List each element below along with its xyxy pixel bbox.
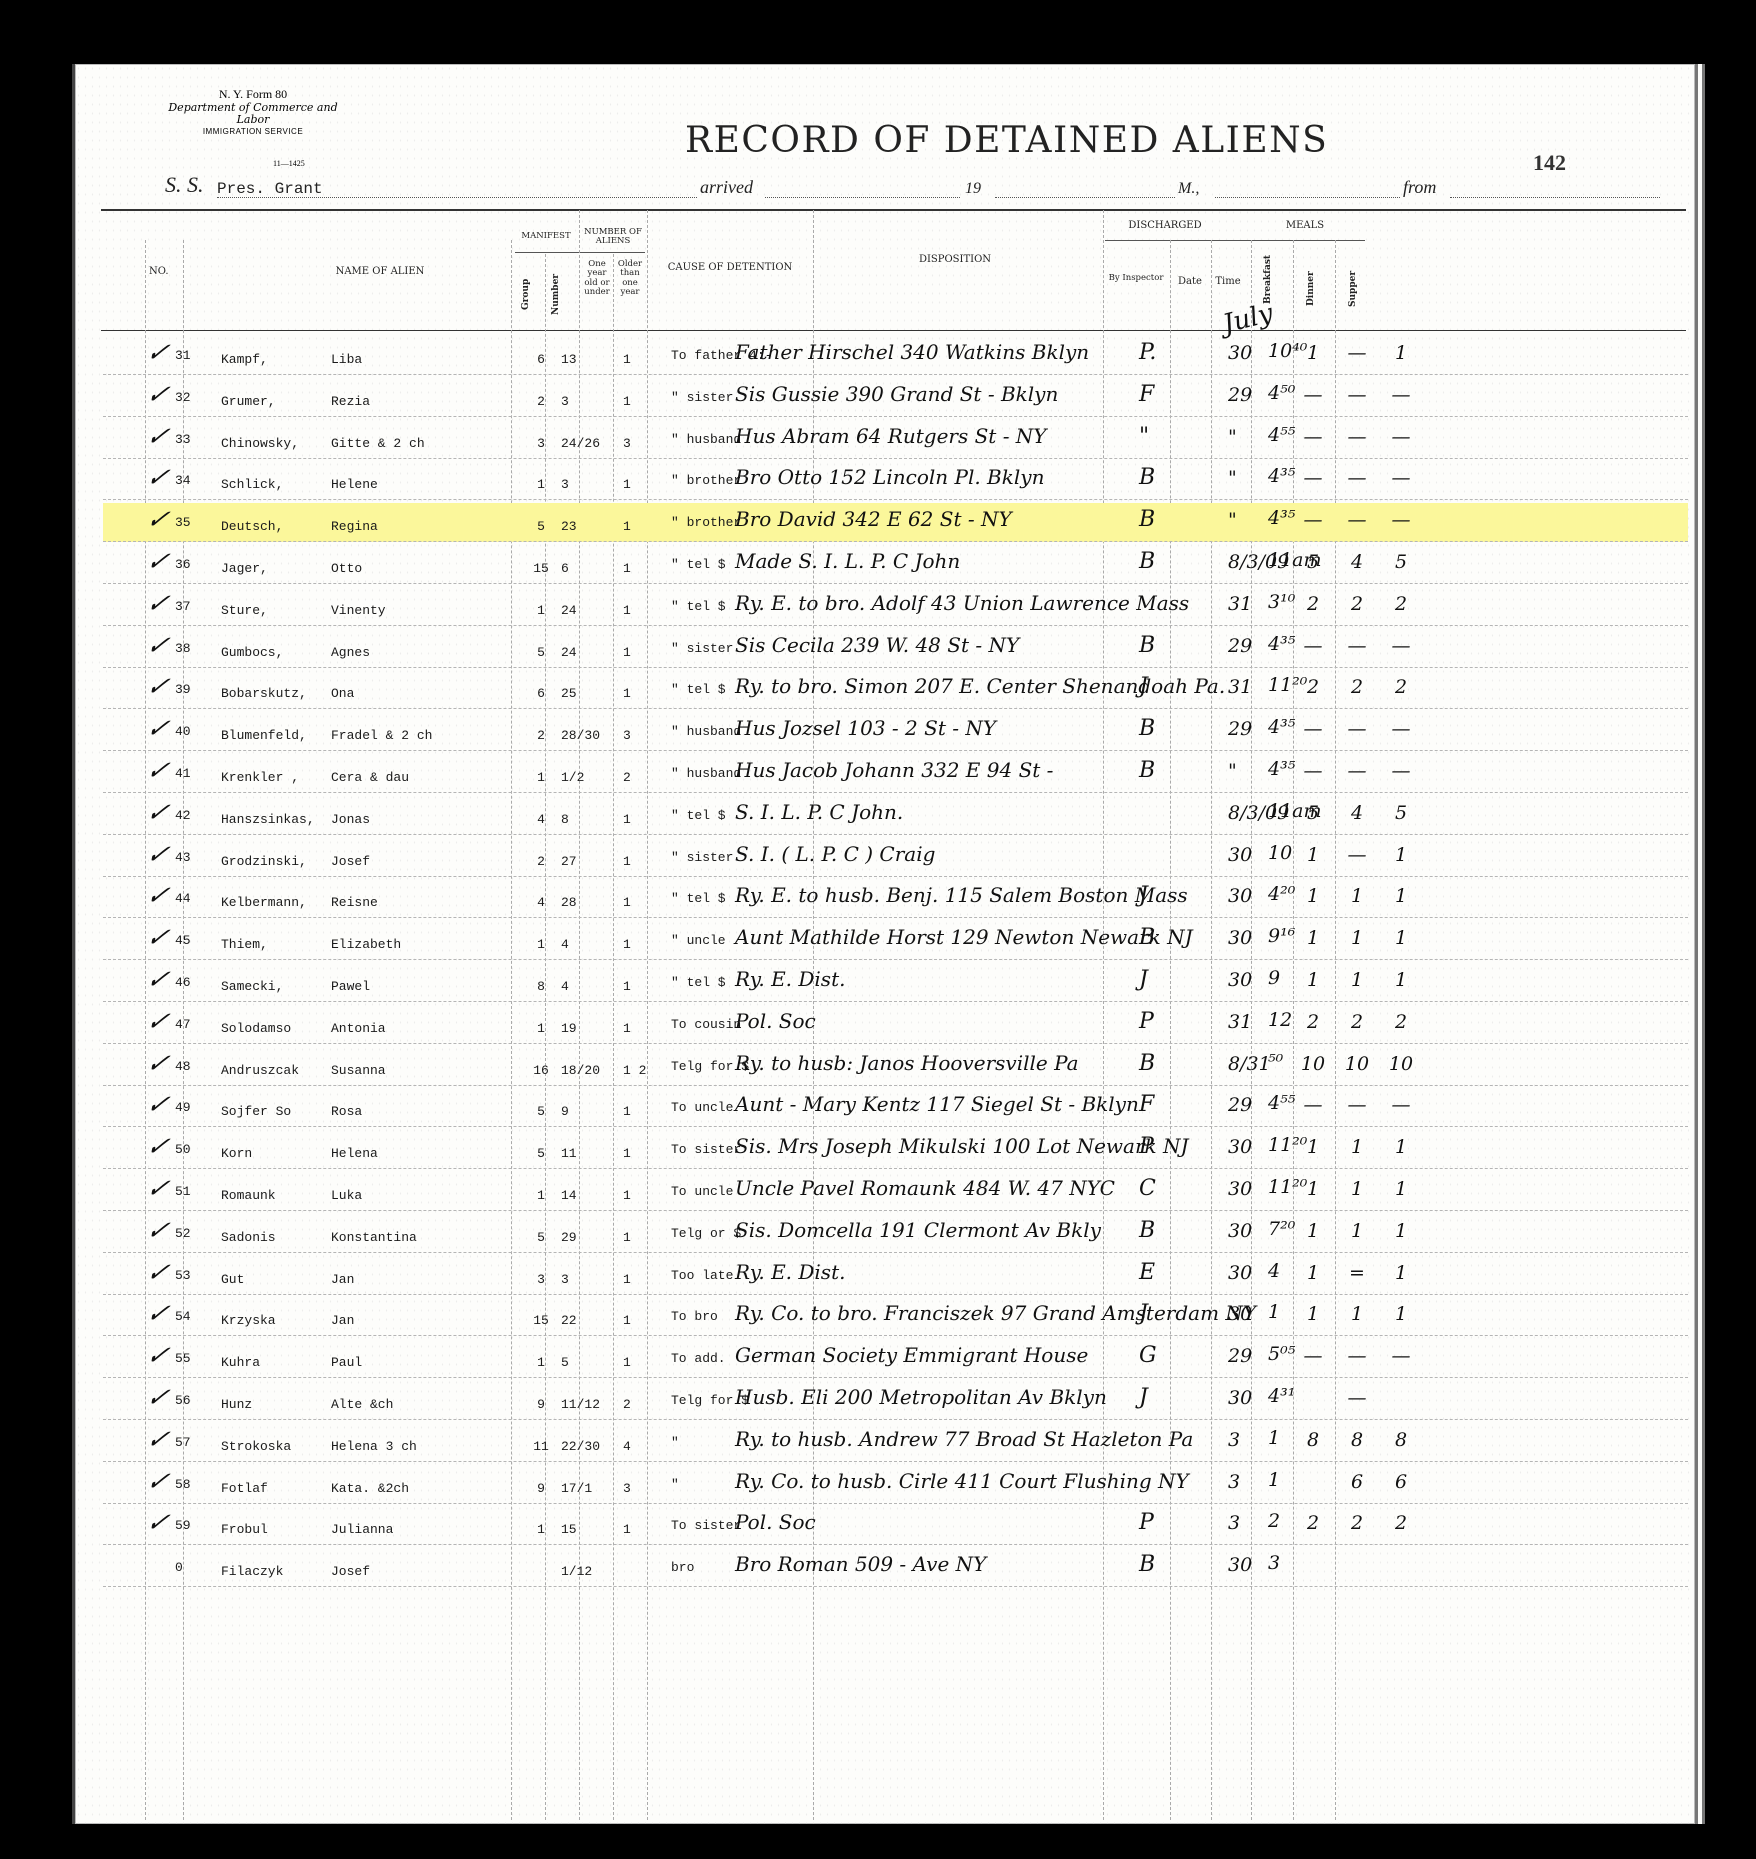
check-mark: ✓ [143, 1508, 173, 1538]
meal-supper: 1 [1381, 927, 1421, 949]
alien-surname: Bobarskutz, [221, 686, 307, 701]
col-header-name: NAME OF ALIEN [265, 266, 495, 277]
meal-breakfast: 5 [1293, 551, 1333, 573]
meal-breakfast: — [1293, 1094, 1333, 1116]
disposition: Sis. Domcella 191 Clermont Av Bkly [735, 1218, 1101, 1242]
disposition: S. I. L. P. C John. [735, 800, 903, 824]
manifest-group: 3 [529, 436, 553, 451]
discharged-time: 4³⁵ [1268, 716, 1295, 738]
manifest-group: 1 [529, 770, 553, 785]
discharged-by-inspector: B [1139, 507, 1155, 532]
check-mark: ✓ [143, 1090, 173, 1120]
check-mark: ✓ [143, 1132, 173, 1162]
form-info-block: N. Y. Form 80 Department of Commerce and… [163, 88, 343, 136]
row-number: 51 [175, 1184, 191, 1199]
meal-breakfast: 2 [1293, 593, 1333, 615]
cause-of-detention: To bro [671, 1309, 718, 1324]
discharged-time: ⁵⁰ [1268, 1051, 1283, 1073]
meal-dinner: 2 [1337, 676, 1377, 698]
row-number: 48 [175, 1059, 191, 1074]
alien-given-name: Helena 3 ch [331, 1439, 417, 1454]
alien-given-name: Rezia [331, 394, 370, 409]
manifest-group: 5 [529, 645, 553, 660]
manifest-group: 5 [529, 519, 553, 534]
row-number: 44 [175, 891, 191, 906]
row-number: 46 [175, 975, 191, 990]
number-of-aliens: 3 [623, 436, 631, 451]
alien-given-name: Konstantina [331, 1230, 417, 1245]
manifest-number: 24 [561, 603, 577, 618]
table-row: ✓ 41 Krenkler , Cera & dau 1 1/2 2 " hus… [103, 754, 1688, 793]
discharged-date: 30 [1228, 1262, 1252, 1284]
check-mark: ✓ [143, 1049, 173, 1079]
manifest-group: 1 [529, 937, 553, 952]
discharged-by-inspector: E [1139, 1260, 1155, 1285]
year-label: 19 [965, 180, 981, 198]
header-top-rule [101, 209, 1686, 211]
discharged-time: 4³⁵ [1268, 633, 1295, 655]
manifest-number: 22/30 [561, 1439, 600, 1454]
disposition: Bro Roman 509 - Ave NY [735, 1552, 986, 1576]
number-of-aliens: 1 [623, 645, 631, 660]
col-header-time: Time [1213, 276, 1243, 287]
row-number: 35 [175, 515, 191, 530]
number-of-aliens: 1 [623, 979, 631, 994]
alien-surname: Hunz [221, 1397, 252, 1412]
manifest-number: 8 [561, 812, 569, 827]
row-number: 31 [175, 348, 191, 363]
table-row: 0 Filaczyk Josef 1/12 bro Bro Roman 509 … [103, 1548, 1688, 1587]
manifest-group: 2 [529, 394, 553, 409]
disposition: Ry. Co. to husb. Cirle 411 Court Flushin… [735, 1469, 1189, 1493]
check-mark: ✓ [143, 505, 173, 535]
alien-given-name: Antonia [331, 1021, 386, 1036]
number-of-aliens: 3 [623, 728, 631, 743]
row-number: 34 [175, 473, 191, 488]
discharged-date: 3 [1228, 1471, 1240, 1493]
disposition: Father Hirschel 340 Watkins Bklyn [735, 340, 1089, 364]
discharged-time: 4⁵⁰ [1268, 382, 1295, 404]
cause-of-detention: To uncle [671, 1100, 733, 1115]
meal-dinner: 1 [1337, 1136, 1377, 1158]
discharged-date: " [1228, 467, 1237, 489]
alien-surname: Korn [221, 1146, 252, 1161]
row-number: 50 [175, 1142, 191, 1157]
arrived-label: arrived [700, 177, 753, 198]
discharged-date: 31 [1228, 676, 1252, 698]
number-of-aliens: 1 2 [623, 1063, 646, 1078]
alien-surname: Deutsch, [221, 519, 283, 534]
manifest-number: 13 [561, 352, 577, 367]
discharged-by-inspector: G [1139, 1343, 1157, 1368]
manifest-number: 6 [561, 561, 569, 576]
alien-surname: Filaczyk [221, 1564, 283, 1579]
disposition: Ry. to bro. Simon 207 E. Center Shenando… [735, 674, 1225, 698]
discharged-date: " [1228, 509, 1237, 531]
manifest-group: 9 [529, 1397, 553, 1412]
number-of-aliens: 1 [623, 1104, 631, 1119]
discharged-by-inspector: J [1139, 883, 1148, 908]
row-number: 58 [175, 1477, 191, 1492]
meal-supper: 1 [1381, 1178, 1421, 1200]
number-of-aliens: 1 [623, 1146, 631, 1161]
meal-breakfast: 2 [1293, 1512, 1333, 1534]
row-number: 40 [175, 724, 191, 739]
alien-given-name: Jan [331, 1272, 354, 1287]
discharged-date: 30 [1228, 885, 1252, 907]
arrived-underline [765, 197, 960, 198]
row-number: 0 [175, 1560, 183, 1575]
discharged-date: 30 [1228, 1554, 1252, 1576]
alien-given-name: Luka [331, 1188, 362, 1203]
row-number: 33 [175, 432, 191, 447]
discharged-time: 4³⁵ [1268, 507, 1295, 529]
discharged-time: 4⁵⁵ [1268, 424, 1295, 446]
meal-supper: 2 [1381, 676, 1421, 698]
table-row: ✓ 36 Jager, Otto 15 6 1 " tel $ Made S. … [103, 545, 1688, 584]
manifest-number: 19 [561, 1021, 577, 1036]
manifest-number: 24/26 [561, 436, 600, 451]
manifest-group: 1 [529, 1355, 553, 1370]
alien-surname: Kuhra [221, 1355, 260, 1370]
discharged-time: 9 [1268, 967, 1280, 989]
cause-of-detention: " uncle [671, 933, 726, 948]
meal-breakfast: — [1293, 467, 1333, 489]
check-mark: ✓ [143, 1174, 173, 1204]
manifest-group: 5 [529, 1230, 553, 1245]
number-of-aliens: 1 [623, 561, 631, 576]
alien-surname: Sojfer So [221, 1104, 291, 1119]
number-of-aliens: 1 [623, 477, 631, 492]
cause-of-detention: " tel $ [671, 808, 726, 823]
disposition: Ry. to husb: Janos Hooversville Pa [735, 1051, 1079, 1075]
table-row: ✓ 35 Deutsch, Regina 5 23 1 " brother Br… [103, 503, 1688, 542]
discharged-by-inspector: B [1139, 549, 1155, 574]
table-row: ✓ 57 Strokoska Helena 3 ch 11 22/30 4 " … [103, 1423, 1688, 1462]
from-underline [1450, 197, 1660, 198]
check-mark: ✓ [143, 798, 173, 828]
check-mark: ✓ [143, 1425, 173, 1455]
meal-supper: 2 [1381, 593, 1421, 615]
alien-surname: Jager, [221, 561, 268, 576]
meal-supper: 1 [1381, 969, 1421, 991]
check-mark: ✓ [143, 1299, 173, 1329]
check-mark: ✓ [143, 1383, 173, 1413]
cause-of-detention: " sister [671, 641, 733, 656]
discharged-by-inspector: F [1139, 1092, 1154, 1117]
table-row: ✓ 56 Hunz Alte &ch 9 11/12 2 Telg for $ … [103, 1381, 1688, 1420]
col-header-older-than-one-year: Older than one year [615, 260, 645, 297]
cause-of-detention: " brother [671, 473, 741, 488]
manifest-group: 1 [529, 603, 553, 618]
row-number: 45 [175, 933, 191, 948]
manifest-group: 5 [529, 1146, 553, 1161]
meal-breakfast: 1 [1293, 1303, 1333, 1325]
discharged-by-inspector: B [1139, 1552, 1155, 1577]
table-row: ✓ 37 Sture, Vinenty 1 24 1 " tel $ Ry. E… [103, 587, 1688, 626]
manifest-group: 9 [529, 1481, 553, 1496]
manifest-number: 29 [561, 1230, 577, 1245]
meal-dinner: — [1337, 342, 1377, 364]
ss-label: S. S. [165, 172, 204, 198]
disposition: Ry. E. Dist. [735, 967, 845, 991]
discharged-by-inspector: C [1139, 1176, 1156, 1201]
meal-breakfast: 10 [1293, 1053, 1333, 1075]
row-number: 42 [175, 808, 191, 823]
alien-given-name: Otto [331, 561, 362, 576]
meal-dinner: — [1337, 1094, 1377, 1116]
check-mark: ✓ [143, 631, 173, 661]
disposition: Ry. E. to bro. Adolf 43 Union Lawrence M… [735, 591, 1189, 615]
cause-of-detention: " [671, 1477, 679, 1492]
month-note: July [1220, 298, 1276, 339]
discharged-date: 30 [1228, 342, 1252, 364]
alien-given-name: Kata. &2ch [331, 1481, 409, 1496]
alien-given-name: Susanna [331, 1063, 386, 1078]
discharged-date: 30 [1228, 1303, 1252, 1325]
page-title: RECORD OF DETAINED ALIENS [685, 120, 1328, 161]
discharged-date: 29 [1228, 635, 1252, 657]
disposition: Made S. I. L. P. C John [735, 549, 960, 573]
meal-supper: — [1381, 509, 1421, 531]
manifest-number: 4 [561, 937, 569, 952]
discharged-by-inspector: F [1139, 382, 1154, 407]
manifest-group: 15 [529, 561, 553, 576]
meal-supper: 10 [1381, 1053, 1421, 1075]
discharged-time: 4²⁰ [1268, 883, 1295, 905]
alien-surname: Frobul [221, 1522, 268, 1537]
meal-dinner: 1 [1337, 927, 1377, 949]
discharged-time: 7²⁰ [1268, 1218, 1295, 1240]
service-name: IMMIGRATION SERVICE [163, 127, 343, 136]
discharged-by-inspector: B [1139, 465, 1155, 490]
meal-supper: — [1381, 635, 1421, 657]
alien-surname: Chinowsky, [221, 436, 299, 451]
table-row: ✓ 48 Andruszcak Susanna 16 18/20 1 2 Tel… [103, 1047, 1688, 1086]
meal-breakfast: 2 [1293, 676, 1333, 698]
alien-surname: Krenkler , [221, 770, 299, 785]
discharged-time: 3¹⁰ [1268, 591, 1295, 613]
form-code: 11—1425 [273, 159, 305, 168]
discharged-time: 4⁵⁵ [1268, 1092, 1295, 1114]
alien-given-name: Elizabeth [331, 937, 401, 952]
meal-supper: 2 [1381, 1512, 1421, 1534]
check-mark: ✓ [143, 422, 173, 452]
number-of-aliens: 1 [623, 854, 631, 869]
discharged-time: 1 [1268, 1469, 1280, 1491]
cause-of-detention: To cousin [671, 1017, 741, 1032]
row-number: 47 [175, 1017, 191, 1032]
number-of-aliens: 1 [623, 1230, 631, 1245]
meal-supper: — [1381, 384, 1421, 406]
meal-breakfast: 2 [1293, 1011, 1333, 1033]
meal-breakfast: 8 [1293, 1429, 1333, 1451]
manifest-number: 28 [561, 895, 577, 910]
col-header-dinner: Dinner [1306, 264, 1316, 314]
check-mark: ✓ [143, 1216, 173, 1246]
meal-breakfast: 1 [1293, 885, 1333, 907]
meal-supper: — [1381, 1094, 1421, 1116]
table-row: ✓ 54 Krzyska Jan 15 22 1 To bro Ry. Co. … [103, 1297, 1688, 1336]
alien-surname: Sadonis [221, 1230, 276, 1245]
disposition: Aunt Mathilde Horst 129 Newton Newark NJ [735, 925, 1193, 949]
meal-dinner: 2 [1337, 1011, 1377, 1033]
check-mark: ✓ [143, 923, 173, 953]
check-mark: ✓ [143, 714, 173, 744]
meal-dinner: — [1337, 509, 1377, 531]
disposition: Sis Gussie 390 Grand St - Bklyn [735, 382, 1058, 406]
discharged-by-inspector: B [1139, 758, 1155, 783]
table-row: ✓ 42 Hanszsinkas, Jonas 4 8 1 " tel $ S.… [103, 796, 1688, 835]
meal-dinner: — [1337, 635, 1377, 657]
disposition: Ry. E. to husb. Benj. 115 Salem Boston M… [735, 883, 1188, 907]
alien-surname: Strokoska [221, 1439, 291, 1454]
row-number: 49 [175, 1100, 191, 1115]
discharged-date: 3 [1228, 1429, 1240, 1451]
check-mark: ✓ [143, 1341, 173, 1371]
check-mark: ✓ [143, 672, 173, 702]
cause-of-detention: " husband [671, 724, 741, 739]
meal-supper: 2 [1381, 1011, 1421, 1033]
discharged-date: 30 [1228, 844, 1252, 866]
discharged-time: 1 [1268, 1301, 1280, 1323]
discharged-date: 29 [1228, 1094, 1252, 1116]
manifest-group: 2 [529, 854, 553, 869]
meal-breakfast: — [1293, 426, 1333, 448]
meal-supper: — [1381, 718, 1421, 740]
meal-supper: — [1381, 426, 1421, 448]
col-header-manifest: MANIFEST [515, 232, 577, 241]
col-header-number: Number [551, 264, 561, 324]
discharged-date: 3 [1228, 1512, 1240, 1534]
meal-breakfast: 1 [1293, 927, 1333, 949]
discharged-date: 30 [1228, 1387, 1252, 1409]
alien-surname: Schlick, [221, 477, 283, 492]
discharged-by-inspector: B [1139, 1218, 1155, 1243]
manifest-number: 3 [561, 394, 569, 409]
alien-given-name: Gitte & 2 ch [331, 436, 425, 451]
row-number: 53 [175, 1268, 191, 1283]
row-number: 55 [175, 1351, 191, 1366]
manifest-number: 27 [561, 854, 577, 869]
discharged-date: 30 [1228, 969, 1252, 991]
table-row: ✓ 55 Kuhra Paul 1 5 1 To add. German Soc… [103, 1339, 1688, 1378]
row-number: 56 [175, 1393, 191, 1408]
discharged-by-inspector: J [1139, 674, 1148, 699]
meal-dinner: — [1337, 760, 1377, 782]
col-header-by-inspector: By Inspector [1105, 274, 1167, 283]
number-of-aliens: 1 [623, 1355, 631, 1370]
cause-of-detention: " tel $ [671, 599, 726, 614]
alien-given-name: Helena [331, 1146, 378, 1161]
disposition: Ry. to husb. Andrew 77 Broad St Hazleton… [735, 1427, 1193, 1451]
alien-given-name: Josef [331, 854, 370, 869]
meal-breakfast: — [1293, 1345, 1333, 1367]
disposition: Bro Otto 152 Lincoln Pl. Bklyn [735, 465, 1044, 489]
discharged-by-inspector: J [1139, 967, 1148, 992]
alien-given-name: Jonas [331, 812, 370, 827]
alien-surname: Andruszcak [221, 1063, 299, 1078]
discharged-time: 5⁰⁵ [1268, 1343, 1295, 1365]
discharged-time: 10 [1268, 842, 1292, 864]
table-row: ✓ 39 Bobarskutz, Ona 6 25 1 " tel $ Ry. … [103, 670, 1688, 709]
meal-dinner: 1 [1337, 1303, 1377, 1325]
alien-given-name: Reisne [331, 895, 378, 910]
table-row: ✓ 38 Gumbocs, Agnes 5 24 1 " sister Sis … [103, 629, 1688, 668]
discharged-date: 30 [1228, 927, 1252, 949]
check-mark: ✓ [143, 1007, 173, 1037]
number-of-aliens: 1 [623, 352, 631, 367]
number-of-aliens: 1 [623, 394, 631, 409]
meal-breakfast: 1 [1293, 342, 1333, 364]
discharged-by-inspector: P [1139, 1510, 1154, 1535]
meal-breakfast: — [1293, 635, 1333, 657]
meal-breakfast: 1 [1293, 1262, 1333, 1284]
meal-supper: 1 [1381, 1262, 1421, 1284]
alien-given-name: Helene [331, 477, 378, 492]
manifest-number: 4 [561, 979, 569, 994]
table-row: ✓ 50 Korn Helena 5 11 1 To sister Sis. M… [103, 1130, 1688, 1169]
manifest-number: 5 [561, 1355, 569, 1370]
row-number: 59 [175, 1518, 191, 1533]
meal-dinner: — [1337, 844, 1377, 866]
discharged-date: 31 [1228, 1011, 1252, 1033]
alien-surname: Samecki, [221, 979, 283, 994]
discharged-by-inspector: B [1139, 716, 1155, 741]
manifest-number: 11/12 [561, 1397, 600, 1412]
row-number: 36 [175, 557, 191, 572]
alien-given-name: Julianna [331, 1522, 393, 1537]
discharged-time: 4³⁵ [1268, 465, 1295, 487]
meal-supper: 8 [1381, 1429, 1421, 1451]
discharged-by-inspector: J [1139, 1385, 1148, 1410]
number-of-aliens: 1 [623, 1188, 631, 1203]
alien-given-name: Regina [331, 519, 378, 534]
disposition: Ry. E. Dist. [735, 1260, 845, 1284]
manifest-number: 15 [561, 1522, 577, 1537]
row-number: 32 [175, 390, 191, 405]
disposition: German Society Emmigrant House [735, 1343, 1088, 1367]
meal-breakfast: — [1293, 760, 1333, 782]
row-number: 52 [175, 1226, 191, 1241]
discharged-date: 29 [1228, 718, 1252, 740]
cause-of-detention: Telg or $ [671, 1226, 741, 1241]
row-number: 38 [175, 641, 191, 656]
manifest-number: 1/2 [561, 770, 584, 785]
meal-dinner: — [1337, 718, 1377, 740]
discharged-time: 9¹⁶ [1268, 925, 1295, 947]
table-row: ✓ 51 Romaunk Luka 1 14 1 To uncle Uncle … [103, 1172, 1688, 1211]
disposition: Sis. Mrs Joseph Mikulski 100 Lot Newark … [735, 1134, 1189, 1158]
discharged-by-inspector: B [1139, 633, 1155, 658]
row-number: 54 [175, 1309, 191, 1324]
check-mark: ✓ [143, 380, 173, 410]
disposition: Aunt - Mary Kentz 117 Siegel St - Bklyn [735, 1092, 1139, 1116]
table-row: ✓ 46 Samecki, Pawel 8 4 1 " tel $ Ry. E.… [103, 963, 1688, 1002]
cause-of-detention: To sister [671, 1518, 741, 1533]
meal-dinner: — [1337, 467, 1377, 489]
meal-dinner: 4 [1337, 802, 1377, 824]
alien-given-name: Jan [331, 1313, 354, 1328]
manifest-number: 3 [561, 1272, 569, 1287]
manifest-group: 4 [529, 895, 553, 910]
col-header-disposition: DISPOSITION [855, 254, 1055, 265]
alien-surname: Sture, [221, 603, 268, 618]
check-mark: ✓ [143, 965, 173, 995]
meal-dinner: 10 [1337, 1053, 1377, 1075]
discharged-by-inspector: J [1139, 1301, 1148, 1326]
meal-breakfast: 1 [1293, 1178, 1333, 1200]
